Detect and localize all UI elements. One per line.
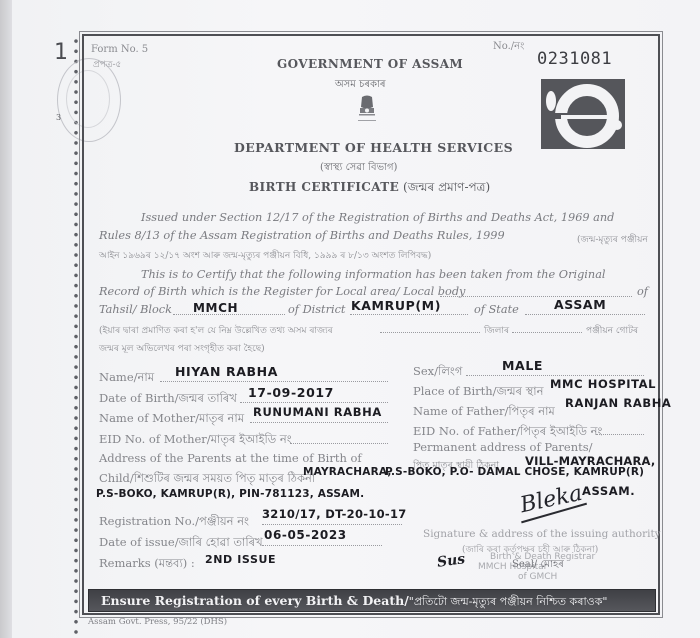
tahsil-value: MMCH <box>193 301 238 315</box>
preamble-line-5: Record of Birth which is the Register fo… <box>99 285 465 298</box>
certificate-title: BIRTH CERTIFICATE (জন্মৰ প্ৰমাণ-পত্ৰ) <box>249 179 490 199</box>
serial-label: No./নং <box>493 39 524 56</box>
dob-value: 17-09-2017 <box>248 385 334 400</box>
mother-eid-label: EID No. of Mother/মাতৃৰ ইআইডি নং <box>99 431 292 450</box>
government-title: GOVERNMENT OF ASSAM <box>277 57 463 71</box>
preamble-line-3-assamese: আইন ১৯৬৯ৰ ১২/১৭ অংশ আৰু জন্ম-মৃত্যুৰ পঞ্… <box>99 248 431 263</box>
remarks-value: 2ND ISSUE <box>205 553 276 566</box>
assamese-dotline-2 <box>512 332 582 333</box>
address-birth-value-2: P.S-BOKO, KAMRUP(R), PIN-781123, ASSAM. <box>96 488 364 500</box>
father-name-value: RANJAN RABHA <box>565 396 671 410</box>
address-birth-value-1: MAYRACHARA, <box>303 466 392 478</box>
mother-eid-dotline <box>290 443 388 444</box>
place-of-birth-value: MMC HOSPITAL <box>550 377 656 391</box>
certificate-title-assamese: (জন্মৰ প্ৰমাণ-পত্ৰ) <box>403 180 490 194</box>
remarks-label: Remarks (মন্তব্য) : <box>99 555 195 574</box>
dob-dotline <box>240 402 388 403</box>
side-mark: 3 <box>56 113 61 122</box>
permanent-address-value-2: P.S-BOKO, P.O- DAMAL CHOSE, KAMRUP(R) <box>385 466 644 478</box>
government-title-assamese: অসম চৰকাৰ <box>335 77 386 94</box>
father-eid-dotline <box>596 434 644 435</box>
state-label: of State <box>474 303 519 316</box>
district-dotline <box>350 314 468 315</box>
date-of-issue-dotline <box>262 545 382 546</box>
preamble-line-4: This is to Certify that the following in… <box>141 268 606 281</box>
mother-name-dotline <box>250 422 388 423</box>
health-logo-icon <box>541 79 625 149</box>
department-title-assamese: (স্বাস্থ্য সেৱা বিভাগ) <box>320 160 397 177</box>
preamble-line-8-assamese: জন্মৰ মূল অভিলেখৰ পৰা সংগৃহীত কৰা হৈছে) <box>99 341 265 356</box>
form-number: Form No. 5 <box>91 44 148 55</box>
certificate-title-en: BIRTH CERTIFICATE <box>249 180 399 194</box>
district-value: KAMRUP(M) <box>351 298 441 313</box>
permanent-address-label-1: Permanent address of Parents/ <box>413 440 593 454</box>
registration-dotline <box>262 524 402 525</box>
registration-banner: Ensure Registration of every Birth & Dea… <box>88 589 656 612</box>
name-dotline <box>160 381 388 382</box>
name-label: Name/নাম <box>99 369 154 388</box>
sex-value: MALE <box>502 358 543 373</box>
preamble-line-2-assamese: (জন্ম-মৃত্যুৰ পঞ্জীয়ন <box>577 232 648 247</box>
press-imprint: Assam Govt. Press, 95/22 (DHS) <box>88 617 227 627</box>
preamble-line-7-end: পঞ্জীয়ন গোটৰ <box>586 323 638 338</box>
registration-no-label: Registration No./পঞ্জীয়ন নং <box>99 513 249 532</box>
state-value: ASSAM <box>554 297 606 312</box>
page-number: 1 <box>54 40 68 65</box>
father-name-label: Name of Father/পিতৃৰ নাম <box>413 403 555 422</box>
date-of-issue-label: Date of issue/জাৰি হোৱা তাৰিখ <box>99 534 263 553</box>
banner-text: Ensure Registration of every Birth & Dea… <box>101 593 409 608</box>
place-of-birth-label: Place of Birth/জন্মৰ স্থান <box>413 383 543 402</box>
name-value: HIYAN RABHA <box>175 364 278 379</box>
assamese-dotline-1 <box>380 332 480 333</box>
permanent-address-value-3: ASSAM. <box>582 484 635 498</box>
preamble-line-2: Rules 8/13 of the Assam Registration of … <box>99 229 505 242</box>
dob-label: Date of Birth/জন্মৰ তাৰিখ <box>99 390 237 409</box>
banner-text-assamese: "প্ৰতিটো জন্ম-মৃত্যুৰ পঞ্জীয়ন নিশ্চিত ক… <box>409 595 608 608</box>
preamble-line-1: Issued under Section 12/17 of the Regist… <box>141 211 614 224</box>
national-emblem-icon <box>356 95 378 127</box>
form-number-assamese: প্ৰপত্ৰ-৫ <box>93 57 121 72</box>
preamble-line-5-end: of <box>637 285 648 298</box>
address-birth-label-1: Address of the Parents at the time of Bi… <box>99 451 362 465</box>
state-dotline <box>525 314 645 315</box>
registration-no-value: 3210/17, DT-20-10-17 <box>262 507 407 521</box>
signature-label: Signature & address of the issuing autho… <box>423 528 661 540</box>
mother-name-value: RUNUMANI RABHA <box>253 405 382 419</box>
department-title: DEPARTMENT OF HEALTH SERVICES <box>234 140 513 155</box>
serial-number: 0231081 <box>537 49 612 69</box>
tahsil-label: Tahsil/ Block <box>99 303 172 316</box>
date-of-issue-value: 06-05-2023 <box>264 528 347 542</box>
preamble-line-7-assamese: (ইয়াৰ দ্বাৰা প্ৰমাণিত কৰা হ'ল যে নিম্ন … <box>99 323 333 338</box>
seal-label: Seal/ মোহৰ <box>512 557 564 574</box>
district-label: of District <box>288 303 345 316</box>
sex-label: Sex/লিংগ <box>413 363 462 382</box>
address-birth-label-2: Child/শিশুটিৰ জন্মৰ সময়ত পিতৃ মাতৃৰ ঠিক… <box>99 470 315 489</box>
sex-dotline <box>466 375 644 376</box>
mother-name-label: Name of Mother/মাতৃৰ নাম <box>99 410 244 429</box>
preamble-line-7-mid: জিলাৰ <box>484 323 509 338</box>
